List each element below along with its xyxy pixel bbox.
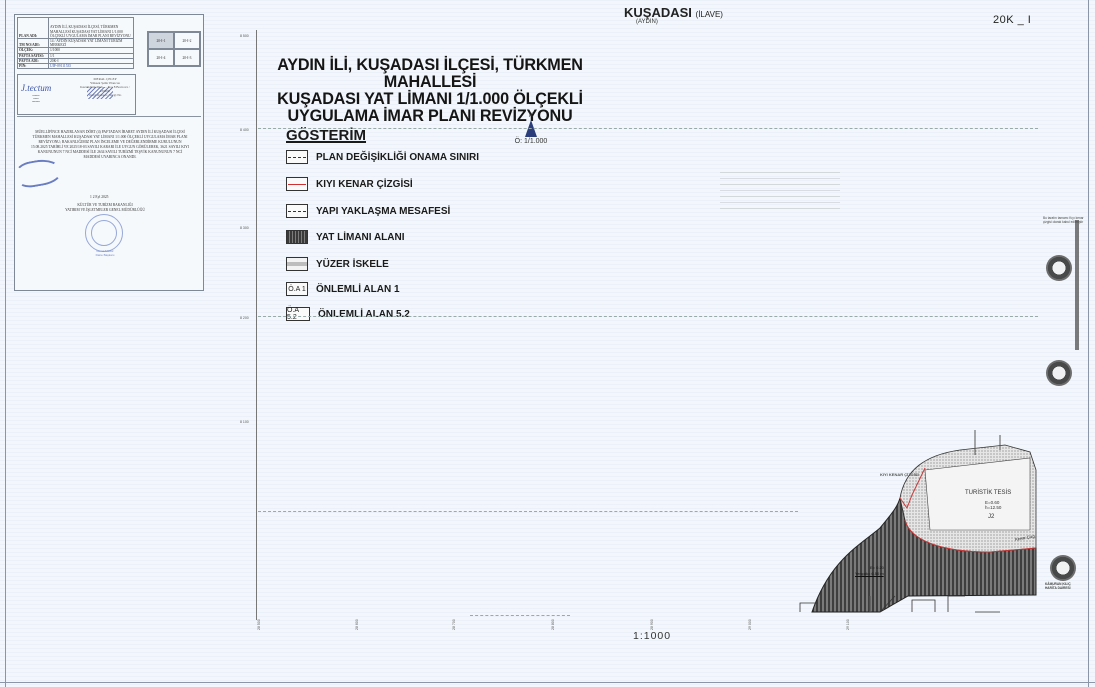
facility-label: TURİSTİK TESİS <box>965 490 1011 496</box>
stamp-name: KÂMURAN KILIÇ HARİTA DAİRESİ <box>1045 582 1090 590</box>
seal-stamp <box>1050 555 1076 581</box>
binding-mark <box>1075 220 1079 350</box>
harbor-e: E= 0.20 <box>870 565 884 570</box>
coastline-label: KIYI KENAR ÇİZGİSİ <box>880 472 919 477</box>
harbor-height: Yençok= 6.50 m <box>855 571 884 576</box>
side-note: Bu tarafın tamamı Kıyı kenar çizgisi ola… <box>1043 216 1088 224</box>
plan-map <box>0 0 1095 687</box>
facility-code: J2 <box>988 514 994 520</box>
seal-stamp <box>1046 360 1072 386</box>
facility-h: h=12.50 <box>985 505 1001 510</box>
scale-label: 1:1000 <box>633 630 671 642</box>
seal-stamp <box>1046 255 1072 281</box>
